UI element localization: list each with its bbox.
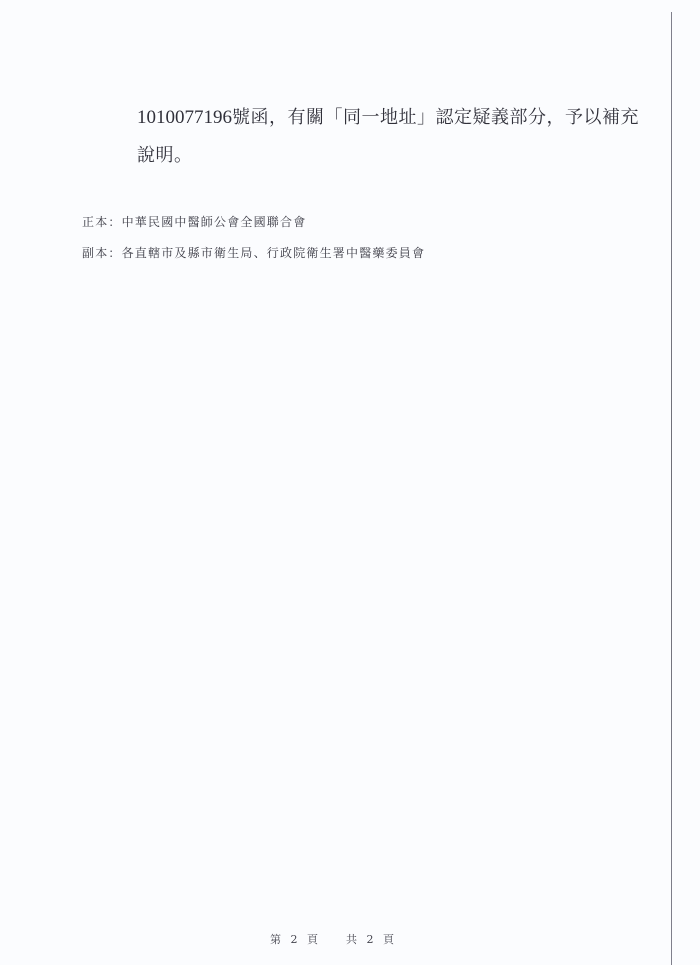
copy-label: 副本： (82, 246, 122, 260)
body-paragraph-line-2: 說明。 (137, 146, 193, 166)
original-label: 正本： (82, 215, 122, 229)
page-prefix: 第 (270, 933, 282, 946)
original-recipients: 中華民國中醫師公會全國聯合會 (122, 215, 307, 229)
distribution-copy: 副本：各直轄市及縣市衛生局、行政院衛生署中醫藥委員會 (82, 246, 425, 260)
body-paragraph-line-1: 1010077196號函，有關「同一地址」認定疑義部分，予以補充 (137, 108, 639, 128)
page-total: 2 (367, 933, 375, 946)
body-text-continued: 號函，有關「同一地址」認定疑義部分，予以補充 (232, 107, 639, 128)
total-prefix: 共 (346, 933, 358, 946)
scan-edge-line (671, 12, 672, 965)
total-suffix: 頁 (383, 933, 395, 946)
page-suffix: 頁 (307, 933, 319, 946)
page-current: 2 (291, 933, 299, 946)
copy-recipients: 各直轄市及縣市衛生局、行政院衛生署中醫藥委員會 (122, 246, 426, 260)
document-page: 1010077196號函，有關「同一地址」認定疑義部分，予以補充 說明。 正本：… (0, 0, 700, 965)
page-number-footer: 第 2 頁 共 2 頁 (270, 931, 399, 947)
reference-number: 1010077196 (137, 107, 232, 128)
distribution-original: 正本：中華民國中醫師公會全國聯合會 (82, 215, 306, 229)
